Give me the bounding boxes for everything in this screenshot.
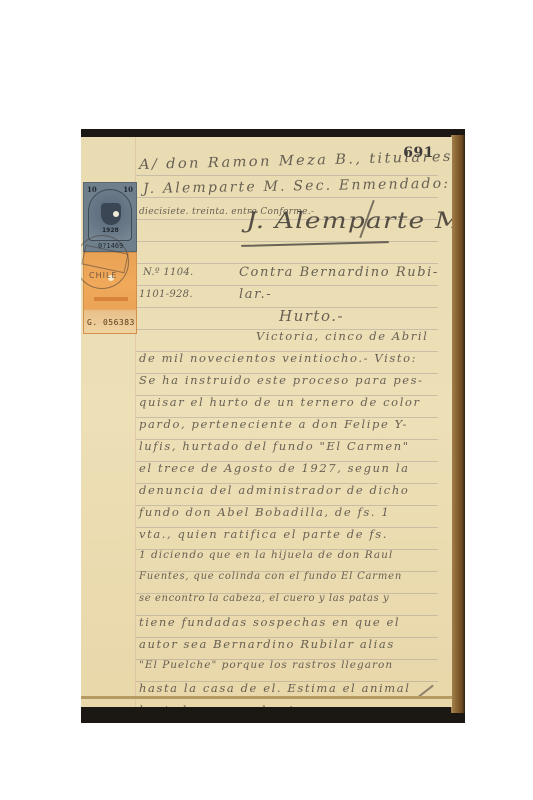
body-line: denuncia del administrador de dicho bbox=[139, 483, 409, 497]
body-line: Victoria, cinco de Abril bbox=[256, 329, 428, 343]
body-line: fundo don Abel Bobadilla, de fs. 1 bbox=[139, 505, 390, 519]
case-title: Hurto.- bbox=[279, 307, 344, 325]
stamp-band bbox=[94, 297, 128, 301]
body-line: autor sea Bernardino Rubilar alias bbox=[139, 637, 395, 651]
body-line: hasta la casa de el. Estima el animal bbox=[139, 681, 411, 695]
body-line: quisar el hurto de un ternero de color bbox=[139, 395, 421, 409]
body-line: el trece de Agosto de 1927, segun la bbox=[139, 461, 410, 475]
book-spine-edge bbox=[451, 135, 465, 713]
signature: J. Alemparte M. bbox=[246, 209, 452, 234]
case-number: N.º 1104. bbox=[143, 267, 194, 278]
postmark-text: CHILE bbox=[89, 271, 117, 280]
body-line: hurtado en mas de cien y en menos bbox=[139, 703, 399, 707]
stamp-value-right: 10 bbox=[123, 185, 133, 194]
body-line: se encontro la cabeza, el cuero y las pa… bbox=[139, 593, 389, 604]
header-note-line-1: A/ don Ramon Meza B., titulares bbox=[139, 149, 452, 173]
body-line: de mil novecientos veintiocho.- Visto: bbox=[139, 351, 417, 365]
body-line: "El Puelche" porque los rastros llegaron bbox=[139, 659, 393, 671]
header-note-line-2: J. Alemparte M. Sec. Enmendado: p. bbox=[143, 175, 452, 197]
body-line: vta., quien ratifica el parte de fs. bbox=[139, 527, 388, 541]
stamp-value-left: 10 bbox=[87, 185, 97, 194]
ledger-page: 691 A/ don Ramon Meza B., titulares J. A… bbox=[81, 137, 452, 707]
body-line: pardo, perteneciente a don Felipe Y- bbox=[139, 417, 408, 431]
case-heading-line-2: lar.- bbox=[239, 287, 272, 302]
stamp-year: 1928 bbox=[102, 227, 119, 234]
ruled-line bbox=[136, 241, 438, 242]
stamp-serial: G. 056383 bbox=[87, 318, 135, 327]
page-bottom-edge bbox=[81, 696, 452, 699]
ruled-line bbox=[136, 263, 438, 264]
body-line: tiene fundadas sospechas en que el bbox=[139, 615, 400, 629]
case-heading-line-1: Contra Bernardino Rubi- bbox=[239, 265, 439, 280]
body-line: lufis, hurtado del fundo "El Carmen" bbox=[139, 439, 410, 453]
document-scan: 691 A/ don Ramon Meza B., titulares J. A… bbox=[81, 129, 465, 723]
punch-hole bbox=[113, 211, 119, 217]
body-line: Se ha instruido este proceso para pes- bbox=[139, 373, 424, 387]
body-line: Fuentes, que colinda con el fundo El Car… bbox=[139, 571, 402, 582]
file-number: 1101-928. bbox=[139, 289, 193, 300]
body-line: 1 diciendo que en la hijuela de don Raul bbox=[139, 549, 393, 561]
ruled-line bbox=[136, 197, 438, 198]
ruled-line bbox=[136, 285, 438, 286]
